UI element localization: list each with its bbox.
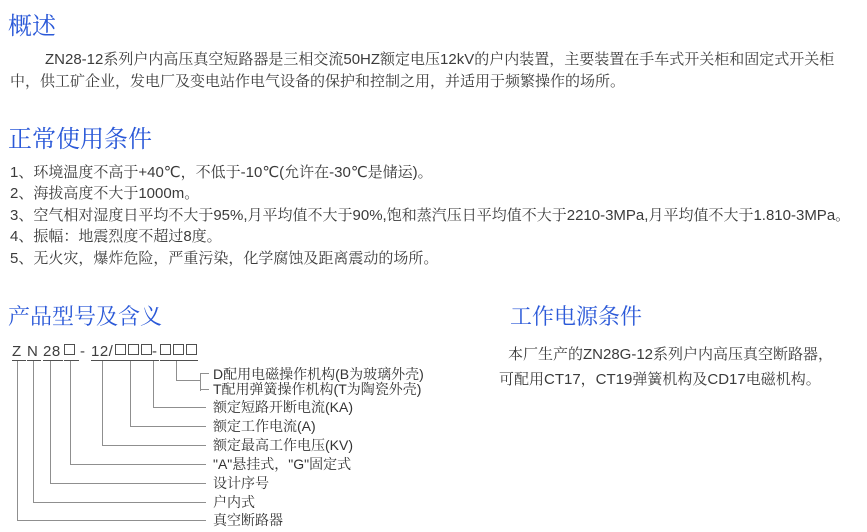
model-diagram-line (102, 361, 103, 446)
model-diagram-line (102, 445, 206, 446)
model-code-box (186, 344, 197, 355)
model-diagram-label: "A"悬挂式，"G"固定式 (213, 457, 351, 472)
model-code-box (141, 344, 152, 355)
model-diagram-line (176, 361, 177, 381)
model-diagram-line (17, 520, 206, 521)
model-code-box (128, 344, 139, 355)
model-code-segment (160, 343, 198, 361)
model-code-segment: Z (12, 343, 26, 361)
model-diagram-line (153, 361, 154, 408)
model-diagram-line (176, 380, 201, 381)
model-code-box (160, 344, 171, 355)
model-diagram-label: 额定最高工作电压(KV) (213, 438, 353, 453)
model-diagram-line (33, 502, 206, 503)
model-diagram-line (130, 426, 206, 427)
model-diagram: ZN28-12/-D配用电磁操作机构(B为玻璃外壳)T配用弹簧操作机构(T为陶瓷… (0, 0, 867, 532)
model-diagram-label: D配用电磁操作机构(B为玻璃外壳) (213, 367, 424, 382)
model-diagram-label: 额定短路开断电流(KA) (213, 400, 353, 415)
model-code-segment: 12/ (91, 343, 115, 361)
model-diagram-line (33, 361, 34, 503)
model-diagram-line (70, 361, 71, 465)
model-code-box (64, 344, 75, 355)
model-diagram-line (17, 361, 18, 521)
model-diagram-line (153, 407, 206, 408)
model-diagram-line (50, 361, 51, 484)
model-diagram-label: 额定工作电流(A) (213, 419, 316, 434)
model-diagram-label: T配用弹簧操作机构(T为陶瓷外壳) (213, 382, 421, 397)
model-diagram-line (200, 373, 209, 374)
model-code-segment (115, 343, 152, 361)
model-code-segment: - (152, 343, 159, 361)
model-code-box (173, 344, 184, 355)
model-code-segment: N (27, 343, 41, 361)
model-diagram-line (130, 361, 131, 427)
model-code-segment: - (80, 343, 90, 360)
model-code-box (115, 344, 126, 355)
page: 概述 ZN28-12系列户内高压真空短路器是三相交流50HZ额定电压12kV的户… (0, 0, 867, 532)
model-code-segment (64, 343, 79, 361)
model-diagram-line (50, 483, 206, 484)
model-diagram-label: 设计序号 (213, 476, 269, 491)
model-diagram-label: 户内式 (213, 495, 255, 510)
model-diagram-line (200, 389, 209, 390)
model-diagram-label: 真空断路器 (213, 513, 283, 528)
model-diagram-line (70, 464, 206, 465)
model-code-segment: 28 (43, 343, 63, 361)
